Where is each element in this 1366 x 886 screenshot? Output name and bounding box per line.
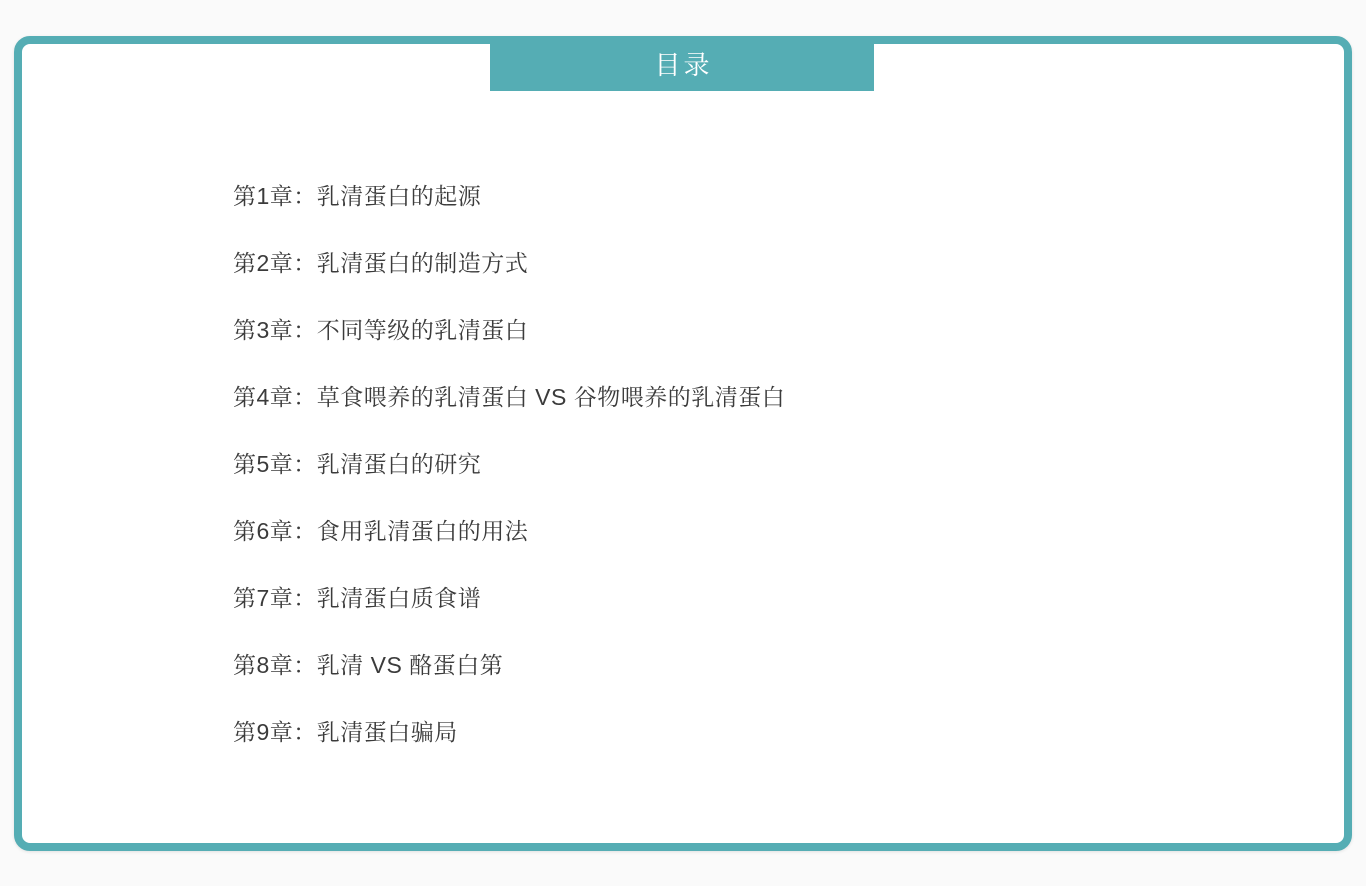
toc-item-chapter-3: 第3章：不同等级的乳清蛋白 <box>233 316 785 344</box>
toc-item-chapter-1: 第1章：乳清蛋白的起源 <box>233 182 785 210</box>
toc-item-chapter-7: 第7章：乳清蛋白质食谱 <box>233 584 785 612</box>
page-title: 目录 <box>651 45 712 82</box>
page: { "theme": { "accent": "#55adb4", "page_… <box>0 0 1366 886</box>
toc-item-chapter-9: 第9章：乳清蛋白骗局 <box>233 718 785 746</box>
toc-item-chapter-5: 第5章：乳清蛋白的研究 <box>233 450 785 478</box>
toc-header-banner: 目录 <box>490 36 874 91</box>
toc-list: 第1章：乳清蛋白的起源 第2章：乳清蛋白的制造方式 第3章：不同等级的乳清蛋白 … <box>233 182 785 785</box>
toc-item-chapter-4: 第4章：草食喂养的乳清蛋白 VS 谷物喂养的乳清蛋白 <box>233 383 785 411</box>
toc-item-chapter-2: 第2章：乳清蛋白的制造方式 <box>233 249 785 277</box>
toc-card: 第1章：乳清蛋白的起源 第2章：乳清蛋白的制造方式 第3章：不同等级的乳清蛋白 … <box>14 36 1352 851</box>
toc-item-chapter-6: 第6章：食用乳清蛋白的用法 <box>233 517 785 545</box>
toc-item-chapter-8: 第8章：乳清 VS 酪蛋白第 <box>233 651 785 679</box>
